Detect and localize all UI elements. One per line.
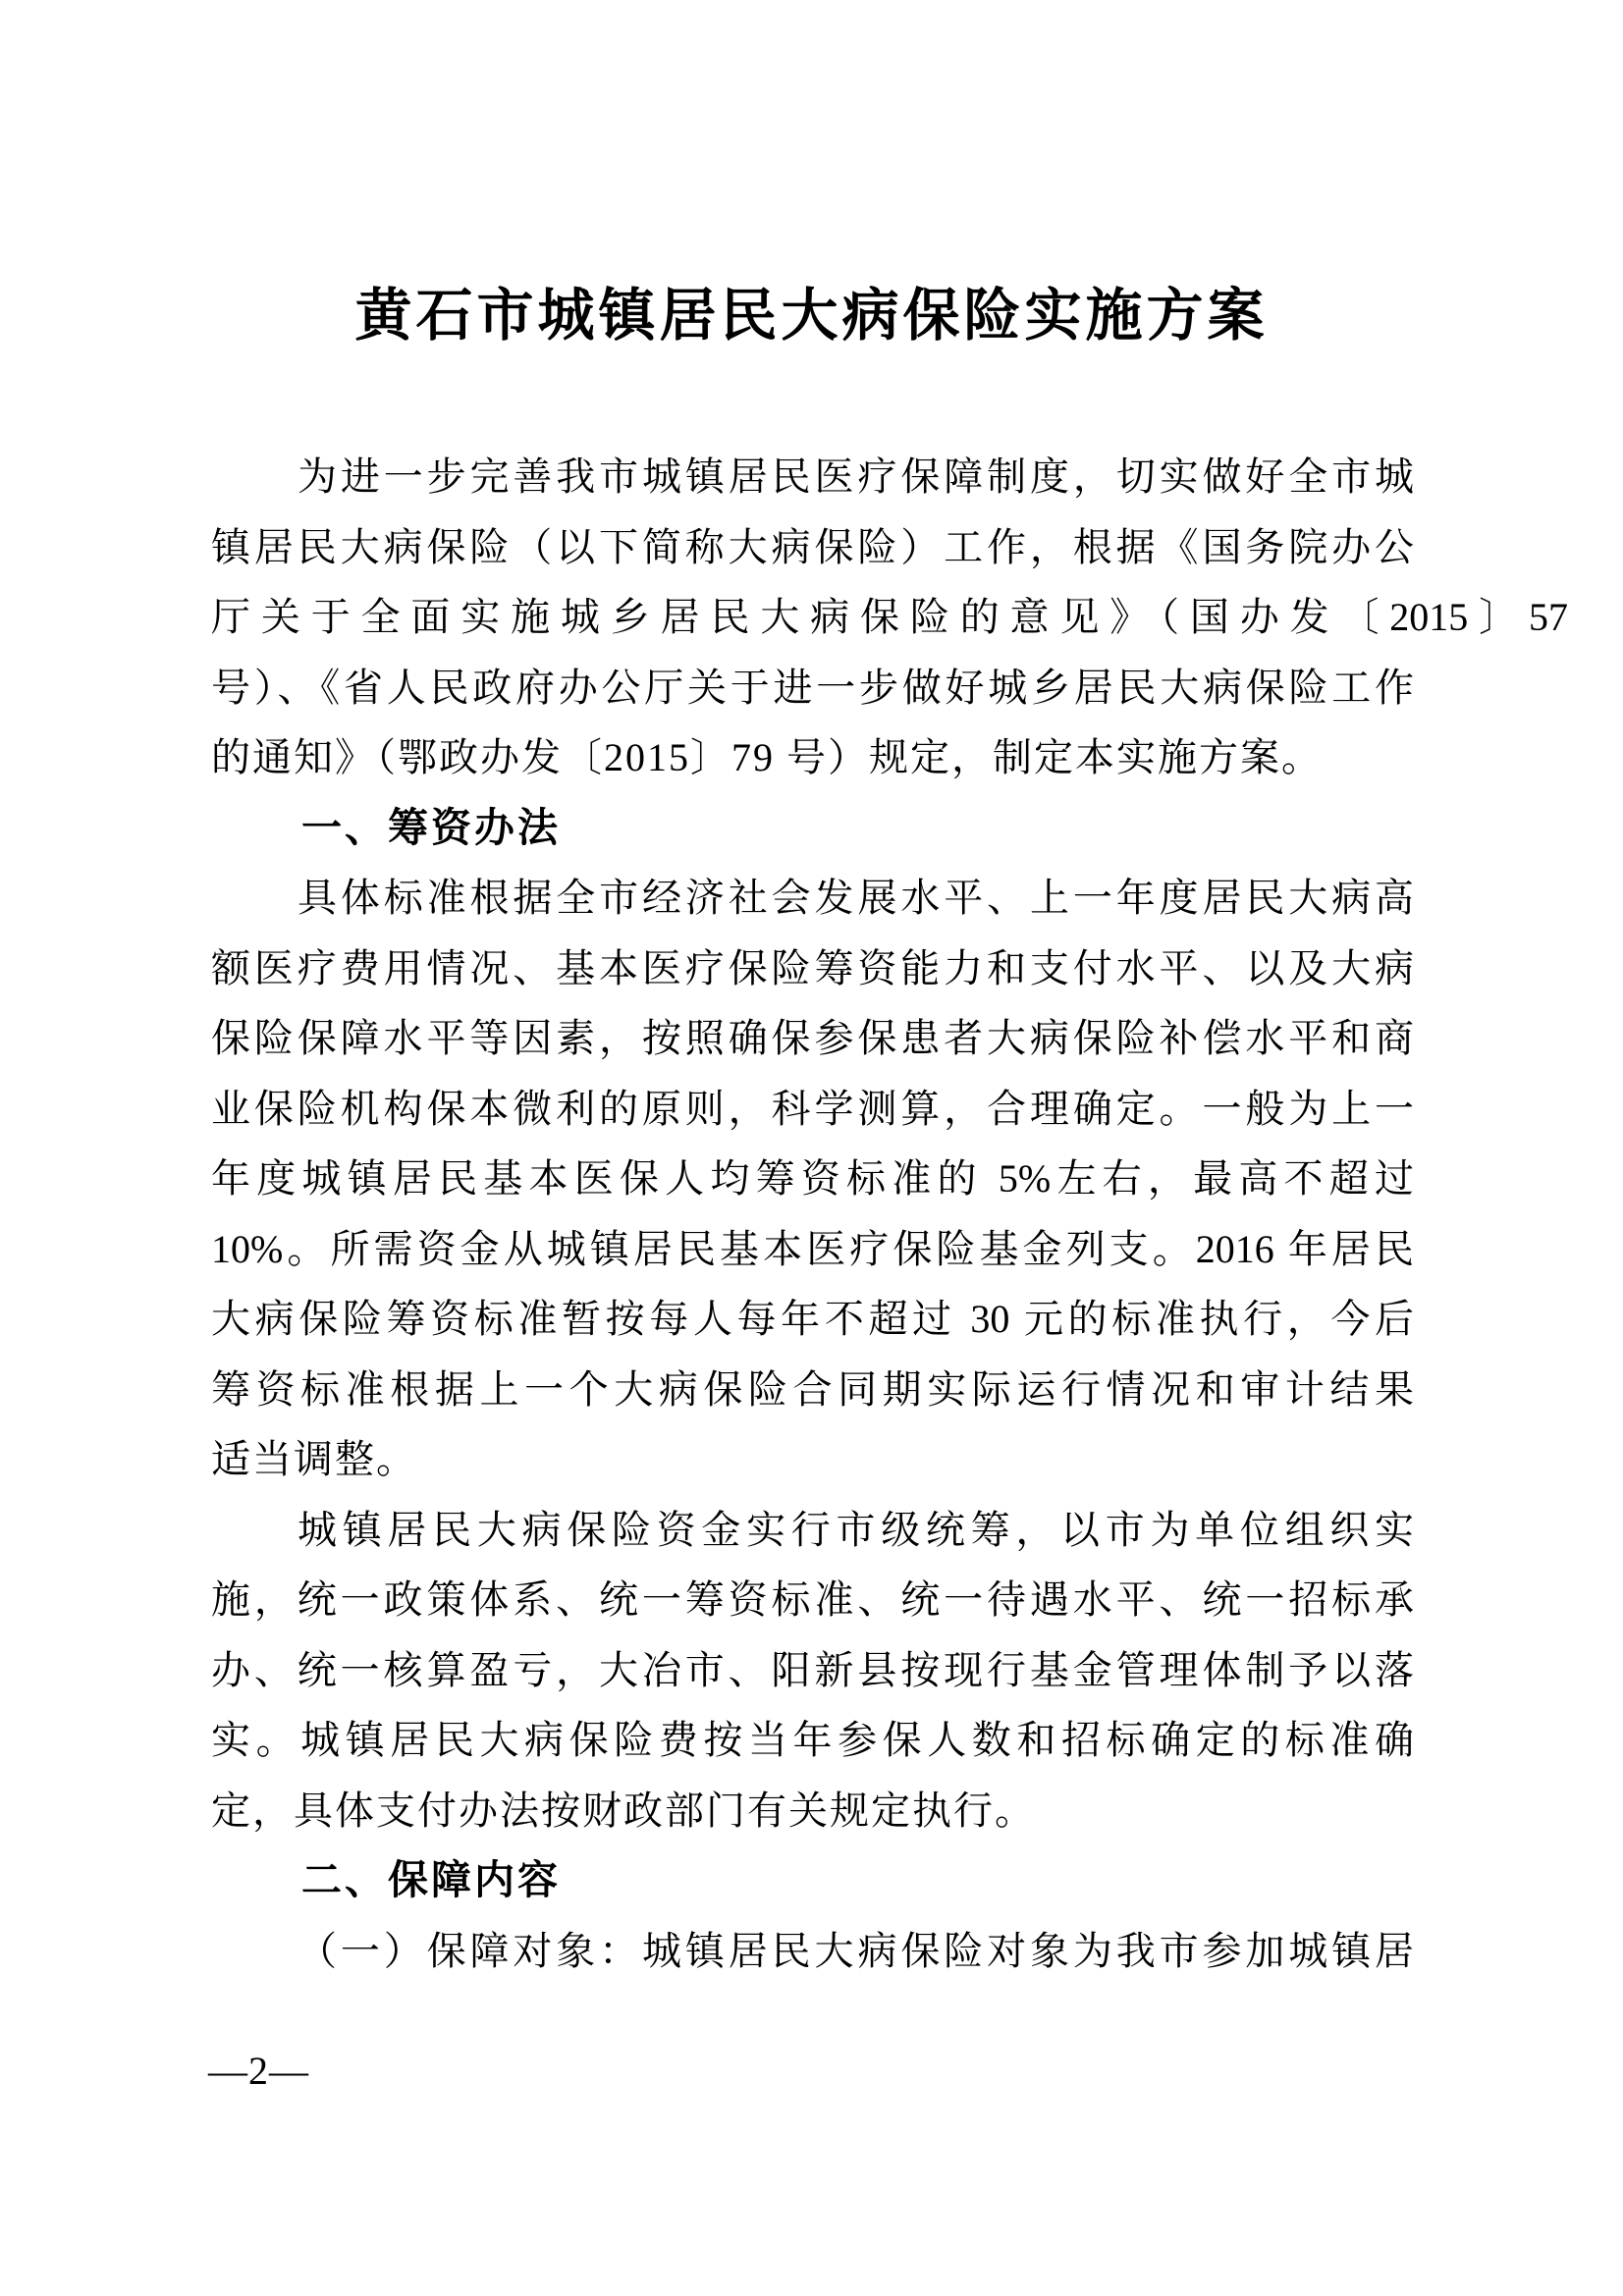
text-line: （一）保障对象：城镇居民大病保险对象为我市参加城镇居: [211, 1916, 1414, 1987]
text-line: 号）、《省人民政府办公厅关于进一步做好城乡居民大病保险工作: [211, 653, 1414, 723]
section-heading-2: 二、保障内容: [211, 1845, 1414, 1916]
text-line: 的通知》（鄂政办发〔2015〕79 号）规定，制定本实施方案。: [211, 722, 1414, 793]
text-line: 10%。所需资金从城镇居民基本医疗保险基金列支。2016 年居民: [211, 1214, 1414, 1285]
text-line: 保险保障水平等因素，按照确保参保患者大病保险补偿水平和商: [211, 1003, 1414, 1074]
document-body: 为进一步完善我市城镇居民医疗保障制度，切实做好全市城 镇居民大病保险（以下简称大…: [211, 442, 1414, 1986]
text-line: 筹资标准根据上一个大病保险合同期实际运行情况和审计结果: [211, 1355, 1414, 1425]
text-line: 年度城镇居民基本医保人均筹资标准的 5%左右，最高不超过: [211, 1144, 1414, 1214]
text-line: 厅关于全面实施城乡居民大病保险的意见》（国办发〔2015〕57: [211, 582, 1568, 653]
text-line: 实。城镇居民大病保险费按当年参保人数和招标确定的标准确: [211, 1705, 1414, 1776]
text-line: 城镇居民大病保险资金实行市级统筹，以市为单位组织实: [211, 1495, 1414, 1566]
document-page: 黄石市城镇居民大病保险实施方案 为进一步完善我市城镇居民医疗保障制度，切实做好全…: [0, 0, 1623, 2296]
page-number: —2—: [208, 2048, 309, 2095]
text-line: 定，具体支付办法按财政部门有关规定执行。: [211, 1776, 1414, 1846]
text-line: 为进一步完善我市城镇居民医疗保障制度，切实做好全市城: [211, 442, 1414, 512]
text-line: 施，统一政策体系、统一筹资标准、统一待遇水平、统一招标承: [211, 1565, 1414, 1635]
text-line: 适当调整。: [211, 1424, 1414, 1495]
text-line: 大病保险筹资标准暂按每人每年不超过 30 元的标准执行，今后: [211, 1284, 1414, 1355]
text-line: 办、统一核算盈亏，大冶市、阳新县按现行基金管理体制予以落: [211, 1635, 1414, 1706]
text-line: 镇居民大病保险（以下简称大病保险）工作，根据《国务院办公: [211, 512, 1414, 583]
text-line: 业保险机构保本微利的原则，科学测算，合理确定。一般为上一: [211, 1074, 1414, 1145]
text-line: 额医疗费用情况、基本医疗保险筹资能力和支付水平、以及大病: [211, 934, 1414, 1004]
section-heading-1: 一、筹资办法: [211, 793, 1414, 864]
document-title: 黄石市城镇居民大病保险实施方案: [0, 285, 1623, 347]
text-line: 具体标准根据全市经济社会发展水平、上一年度居民大病高: [211, 863, 1414, 934]
